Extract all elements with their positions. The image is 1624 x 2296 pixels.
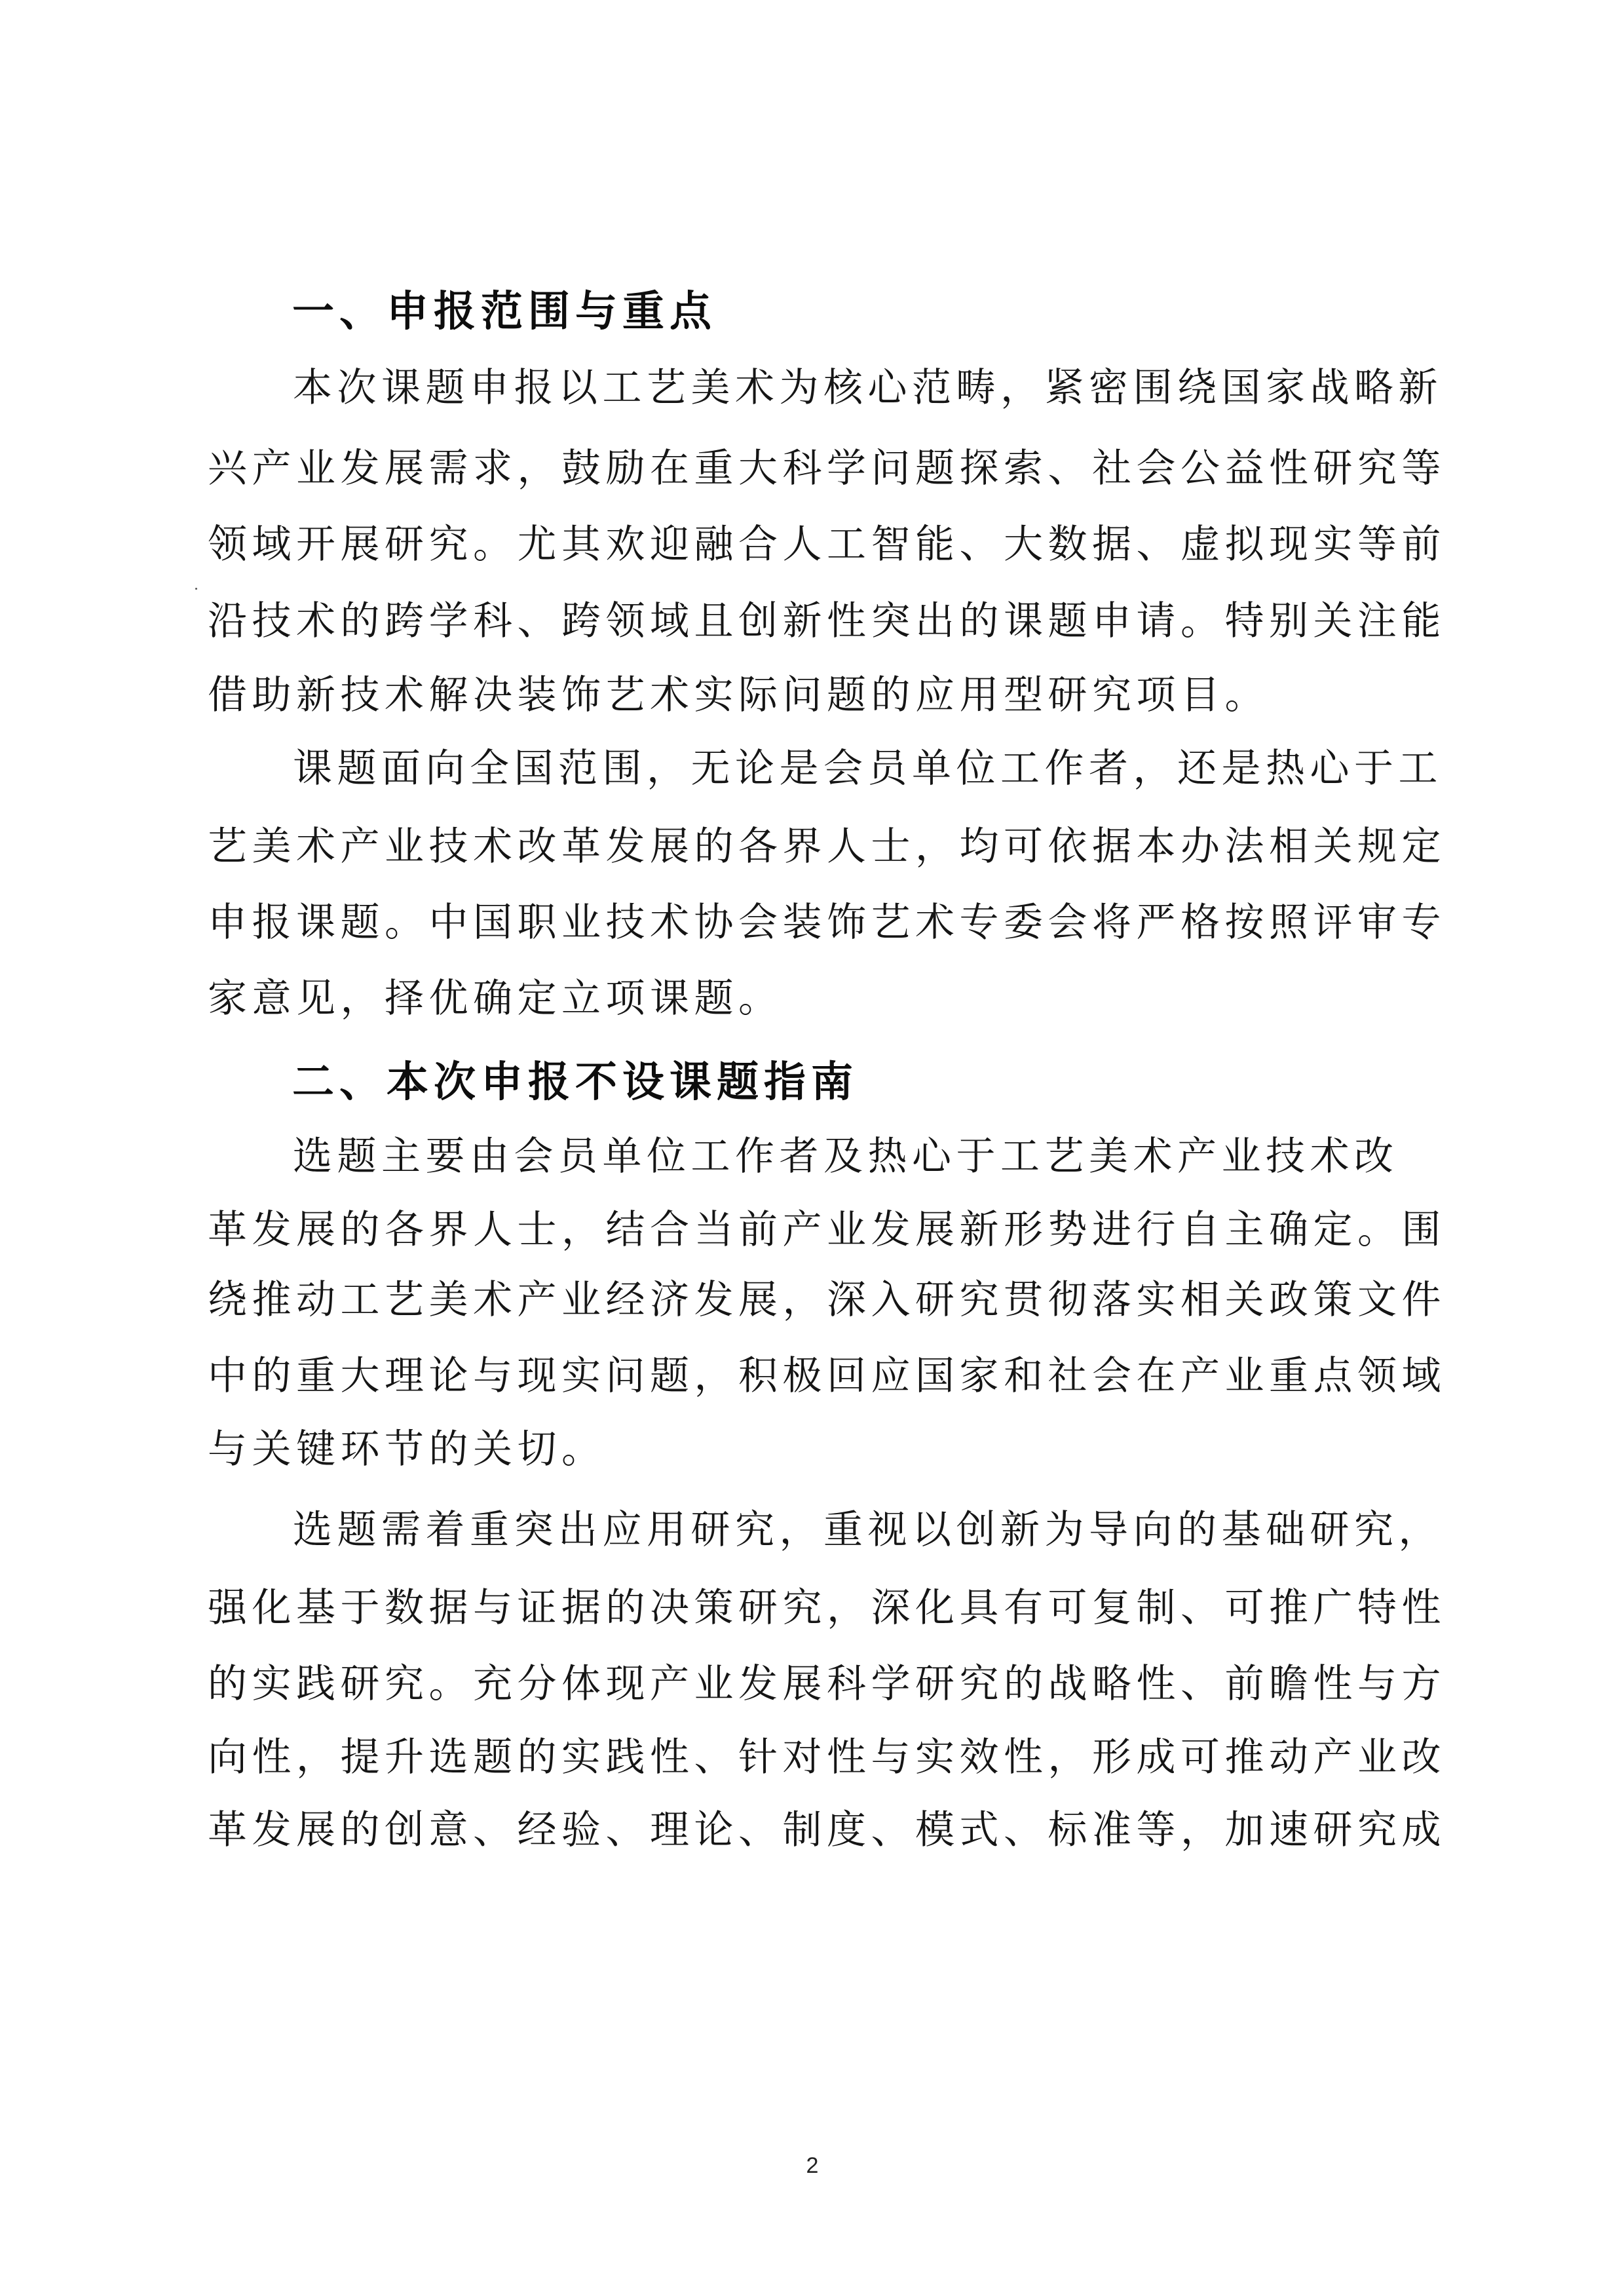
paragraph-line: 领域开展研究。尤其欢迎融合人工智能、大数据、虚拟现实等前 bbox=[208, 518, 1408, 571]
paragraph-line: 选题主要由会员单位工作者及热心于工艺美术产业技术改 bbox=[293, 1130, 1380, 1183]
paragraph-line: 向性，提升选题的实践性、针对性与实效性，形成可推动产业改 bbox=[208, 1731, 1408, 1784]
paragraph-line: 中的重大理论与现实问题，积极回应国家和社会在产业重点领域 bbox=[208, 1350, 1408, 1402]
paragraph-line: 绕推动工艺美术产业经济发展，深入研究贯彻落实相关政策文件 bbox=[208, 1274, 1408, 1326]
paragraph-line: 课题面向全国范围，无论是会员单位工作者，还是热心于工 bbox=[293, 742, 1408, 795]
paragraph-line: 兴产业发展需求，鼓励在重大科学问题探索、社会公益性研究等 bbox=[208, 442, 1408, 495]
paragraph-line: 强化基于数据与证据的决策研究，深化具有可复制、可推广特性 bbox=[208, 1582, 1408, 1634]
paragraph-line: 借助新技术解决装饰艺术实际问题的应用型研究项目。 bbox=[208, 669, 1408, 721]
paragraph-line: 艺美术产业技术改革发展的各界人士，均可依据本办法相关规定 bbox=[208, 820, 1408, 873]
page-number: 2 bbox=[793, 2152, 832, 2179]
section-heading-2: 二、本次申报不设课题指南 bbox=[292, 1055, 858, 1110]
paragraph-line: 选题需着重突出应用研究，重视以创新为导向的基础研究， bbox=[293, 1504, 1408, 1556]
paragraph-line: 申报课题。中国职业技术协会装饰艺术专委会将严格按照评审专 bbox=[208, 896, 1408, 949]
paragraph-line: 本次课题申报以工艺美术为核心范畴，紧密围绕国家战略新 bbox=[293, 362, 1408, 414]
paragraph-line: 的实践研究。充分体现产业发展科学研究的战略性、前瞻性与方 bbox=[208, 1658, 1408, 1710]
section-heading-1: 一、申报范围与重点 bbox=[292, 284, 717, 339]
paragraph-line: 革发展的各界人士，结合当前产业发展新形势进行自主确定。围 bbox=[208, 1204, 1408, 1256]
paragraph-line: 沿技术的跨学科、跨领域且创新性突出的课题申请。特别关注能 bbox=[208, 595, 1408, 647]
paragraph-line: 革发展的创意、经验、理论、制度、模式、标准等，加速研究成 bbox=[208, 1804, 1408, 1856]
paragraph-line: 家意见，择优确定立项课题。 bbox=[208, 972, 1408, 1025]
paragraph-line: 与关键环节的关切。 bbox=[208, 1423, 1408, 1476]
document-page: 一、申报范围与重点 本次课题申报以工艺美术为核心范畴，紧密围绕国家战略新 兴产业… bbox=[0, 0, 1624, 2296]
scan-speck bbox=[195, 588, 197, 590]
